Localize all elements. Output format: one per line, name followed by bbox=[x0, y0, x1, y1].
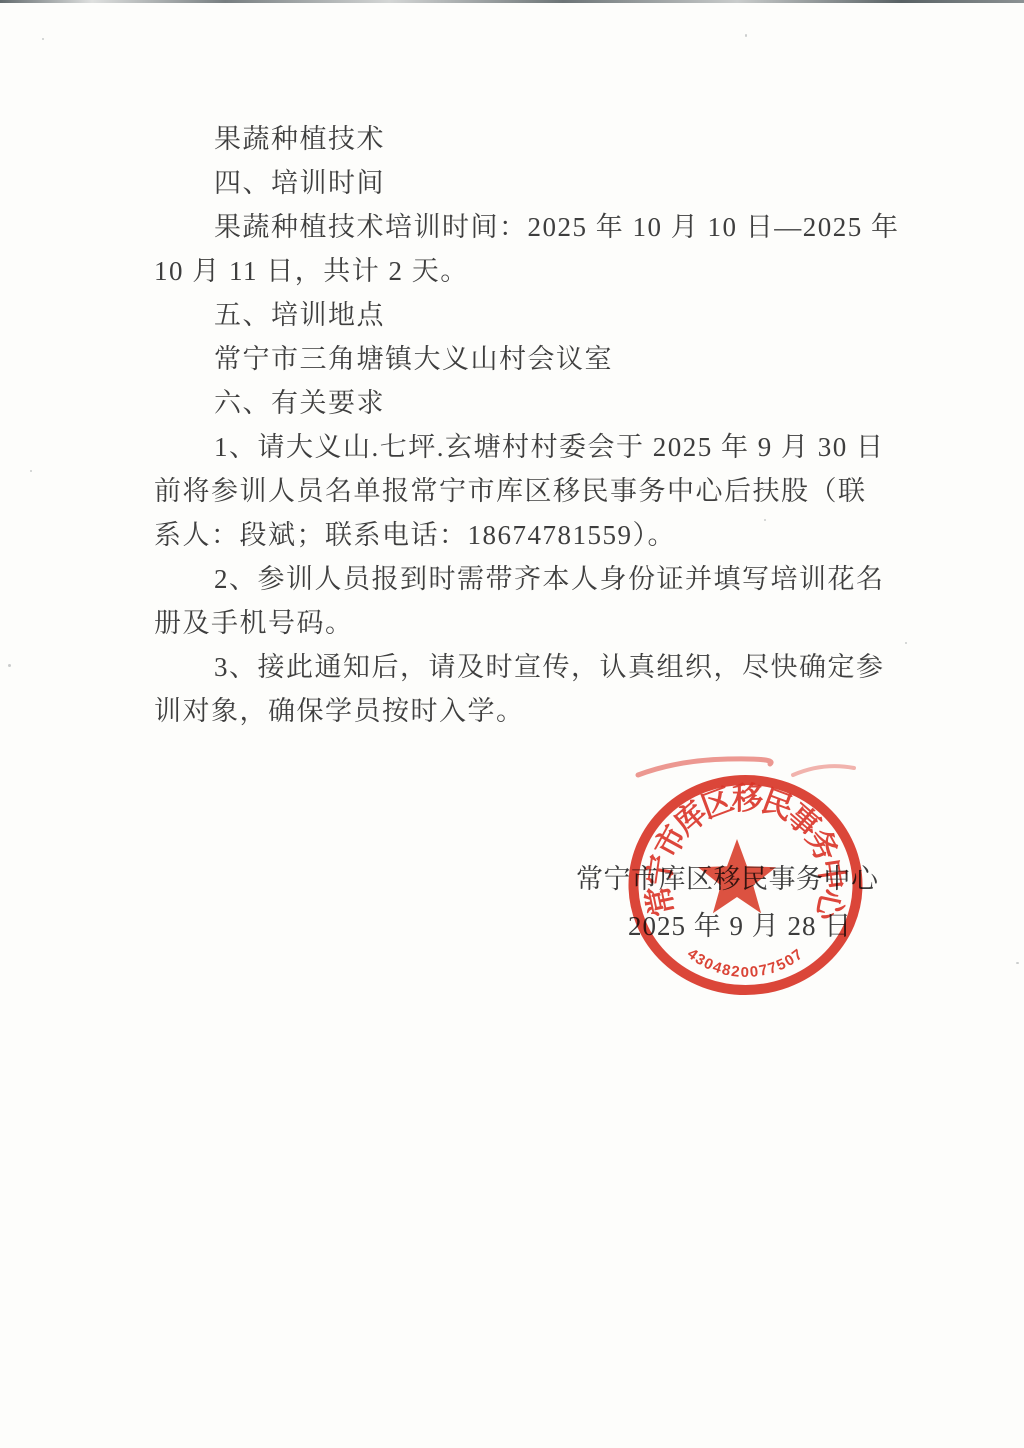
scan-speck bbox=[42, 38, 44, 40]
seal-code-number: 4304820077507 bbox=[684, 945, 807, 981]
doc-line: 六、有关要求 bbox=[154, 381, 884, 425]
scan-speck bbox=[8, 664, 11, 667]
ink-smudge bbox=[793, 766, 854, 775]
doc-line: 前将参训人员名单报常宁市库区移民事务中心后扶股（联 bbox=[154, 469, 884, 513]
doc-line: 2、参训人员报到时需带齐本人身份证并填写培训花名 bbox=[154, 557, 884, 601]
doc-line: 四、培训时间 bbox=[154, 161, 884, 205]
doc-line: 册及手机号码。 bbox=[154, 601, 884, 645]
seal-code-container: 4304820077507 bbox=[684, 945, 807, 981]
doc-line: 五、培训地点 bbox=[154, 293, 884, 337]
doc-line: 果蔬种植技术培训时间：2025 年 10 月 10 日—2025 年 bbox=[154, 205, 884, 249]
scan-speck bbox=[905, 642, 907, 644]
scan-speck bbox=[30, 470, 32, 472]
doc-line: 常宁市三角塘镇大义山村会议室 bbox=[154, 337, 884, 381]
doc-line: 果蔬种植技术 bbox=[154, 117, 884, 161]
official-seal: 常宁市库区移民事务中心 4304820077507 bbox=[618, 755, 878, 1015]
document-body: 果蔬种植技术 四、培训时间 果蔬种植技术培训时间：2025 年 10 月 10 … bbox=[154, 117, 884, 733]
doc-line: 1、请大义山.七坪.玄塘村村委会于 2025 年 9 月 30 日 bbox=[154, 425, 884, 469]
doc-line: 3、接此通知后，请及时宣传，认真组织，尽快确定参 bbox=[154, 645, 884, 689]
scan-speck bbox=[1016, 962, 1019, 964]
star-icon bbox=[698, 839, 776, 913]
doc-line: 10 月 11 日，共计 2 天。 bbox=[154, 249, 884, 293]
doc-line: 系人：段斌；联系电话：18674781559）。 bbox=[154, 513, 884, 557]
scan-speck bbox=[745, 34, 747, 37]
scan-edge-artifact bbox=[0, 0, 1024, 3]
doc-line: 训对象，确保学员按时入学。 bbox=[154, 689, 884, 733]
scanned-document-page: 果蔬种植技术 四、培训时间 果蔬种植技术培训时间：2025 年 10 月 10 … bbox=[0, 0, 1024, 1448]
ink-smudge bbox=[638, 759, 771, 775]
